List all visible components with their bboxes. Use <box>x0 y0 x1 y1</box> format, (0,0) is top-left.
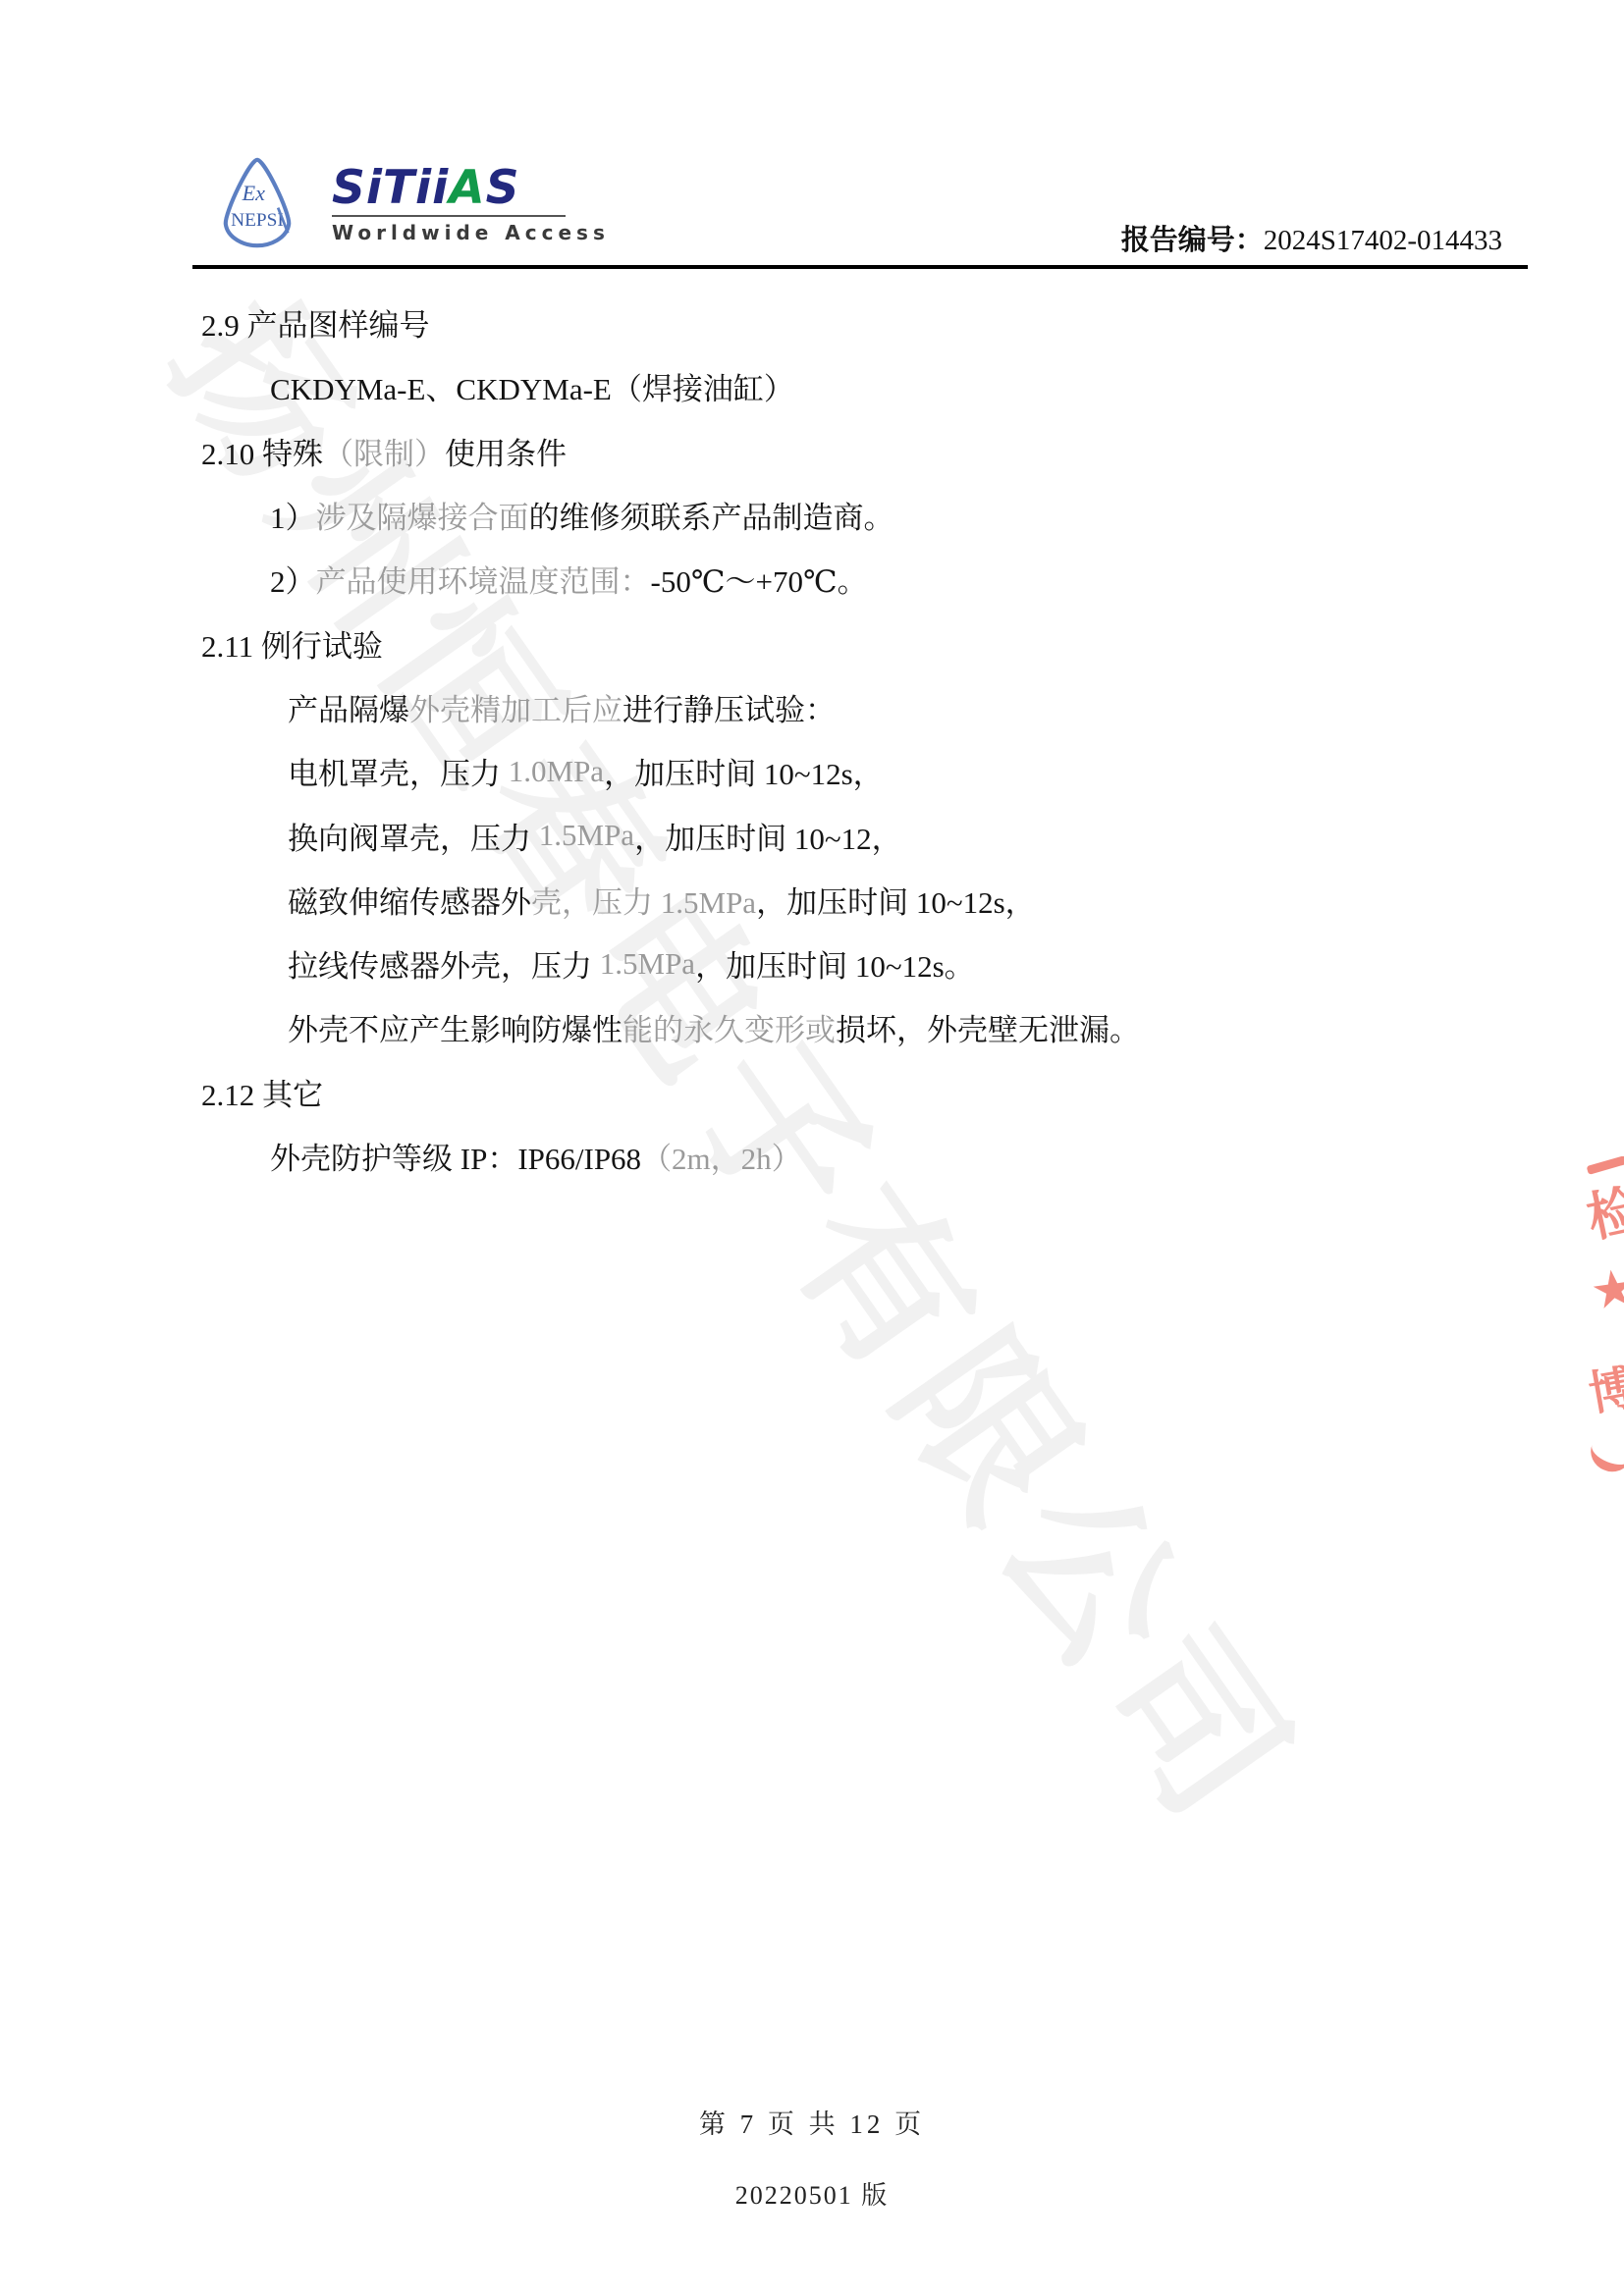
text-segment: CKDYMa-E、CKDYMa-E（焊接油缸） <box>270 364 794 408</box>
brand-tagline: Worldwide Access <box>332 221 610 244</box>
text-segment: -50℃～+70℃。 <box>651 557 868 601</box>
document-line: 2）产品使用环境温度范围：-50℃～+70℃。 <box>0 547 1624 611</box>
text-segment: 电机罩壳，压力 <box>288 749 509 793</box>
text-segment: 外壳防护等级 IP：IP66/IP68 <box>270 1134 641 1178</box>
document-line: 拉线传感器外壳，压力 1.5MPa，加压时间 10~12s。 <box>0 932 1624 995</box>
seal-character: 检 <box>1580 1167 1624 1253</box>
text-segment: 外壳精加工后应 <box>409 685 623 729</box>
document-line: 换向阀罩壳，压力 1.5MPa，加压时间 10~12， <box>0 803 1624 867</box>
document-line: 2.10 特殊（限制）使用条件 <box>0 419 1624 483</box>
document-line: 产品隔爆外壳精加工后应进行静压试验： <box>0 675 1624 739</box>
text-segment: 外壳不应产生影响防爆性 <box>288 1005 623 1049</box>
document-line: 2.11 例行试验 <box>0 611 1624 674</box>
report-number-label: 报告编号： <box>1121 225 1264 256</box>
text-segment: ，加压时间 10~12s， <box>604 749 884 793</box>
page-number: 第 7 页 共 12 页 <box>0 2103 1624 2141</box>
certification-logo: Ex NEPSI SiTiiAS Worldwide Access <box>212 155 610 251</box>
brand-divider <box>332 215 566 217</box>
document-line: CKDYMa-E、CKDYMa-E（焊接油缸） <box>0 354 1624 418</box>
text-segment: 损坏，外壳壁无泄漏。 <box>836 1005 1140 1049</box>
brand-name: SiTiiAS <box>332 165 610 212</box>
seal-star-icon: ★ <box>1587 1257 1624 1322</box>
badge-nepsi-label: NEPSI <box>231 210 284 231</box>
report-number-line: 报告编号：2024S17402-014433 <box>1121 218 1502 258</box>
brand-letter-a: A <box>449 161 485 215</box>
document-line: 磁致伸缩传感器外壳，压力 1.5MPa，加压时间 10~12s， <box>0 868 1624 932</box>
text-segment: 1.5MPa <box>600 946 695 982</box>
text-segment: 1.5MPa <box>539 818 634 853</box>
text-segment: 磁致伸缩传感器外 <box>288 878 531 922</box>
official-seal-fragment: 检 ★ 博 <box>1575 1156 1624 1480</box>
text-segment: 产品隔爆 <box>288 685 409 729</box>
report-number-value: 2024S17402-014433 <box>1264 225 1502 256</box>
badge-ex-label: Ex <box>242 181 265 205</box>
text-segment: （2m，2h） <box>641 1134 802 1178</box>
document-body: 2.9 产品图样编号CKDYMa-E、CKDYMa-E（焊接油缸）2.10 特殊… <box>0 291 1624 1188</box>
text-segment: 涉及隔爆接合面 <box>316 493 529 537</box>
text-segment: 能的永久变形或 <box>623 1005 836 1049</box>
text-segment: 使用条件 <box>445 429 567 473</box>
text-segment: 壳，压力 1.5MPa <box>531 878 756 922</box>
header-rule <box>192 265 1528 269</box>
brand-wordmark: SiTiiAS Worldwide Access <box>332 155 610 244</box>
document-version: 20220501 版 <box>0 2175 1624 2212</box>
text-segment: 换向阀罩壳，压力 <box>288 814 539 858</box>
nepsi-ex-badge-icon: Ex NEPSI <box>212 155 302 251</box>
text-segment: （限制） <box>323 429 445 473</box>
document-line: 电机罩壳，压力 1.0MPa，加压时间 10~12s， <box>0 739 1624 803</box>
text-segment: 1） <box>270 493 316 537</box>
document-line: 2.12 其它 <box>0 1060 1624 1124</box>
report-page: { "header": { "report_label": "报告编号：", "… <box>0 0 1624 2296</box>
text-segment: 2） <box>270 557 316 601</box>
text-segment: 2.12 其它 <box>201 1070 323 1114</box>
text-segment: 1.0MPa <box>509 754 604 789</box>
text-segment: 的维修须联系产品制造商。 <box>529 493 894 537</box>
text-segment: 2.9 产品图样编号 <box>201 300 430 345</box>
text-segment: ，加压时间 10~12， <box>634 814 902 858</box>
document-line: 1）涉及隔爆接合面的维修须联系产品制造商。 <box>0 483 1624 547</box>
text-segment: 进行静压试验： <box>623 685 836 729</box>
text-segment: 拉线传感器外壳，压力 <box>288 941 600 986</box>
seal-arc-stroke <box>1585 1427 1624 1478</box>
text-segment: 产品使用环境温度范围： <box>316 557 651 601</box>
document-line: 外壳不应产生影响防爆性能的永久变形或损坏，外壳壁无泄漏。 <box>0 995 1624 1059</box>
document-line: 2.9 产品图样编号 <box>0 291 1624 354</box>
text-segment: 2.11 例行试验 <box>201 621 383 666</box>
document-line: 外壳防护等级 IP：IP66/IP68（2m，2h） <box>0 1124 1624 1188</box>
seal-character: 博 <box>1583 1349 1624 1423</box>
text-segment: ，加压时间 10~12s。 <box>695 941 975 986</box>
text-segment: 2.10 特殊 <box>201 429 323 473</box>
text-segment: ，加压时间 10~12s， <box>756 878 1036 922</box>
